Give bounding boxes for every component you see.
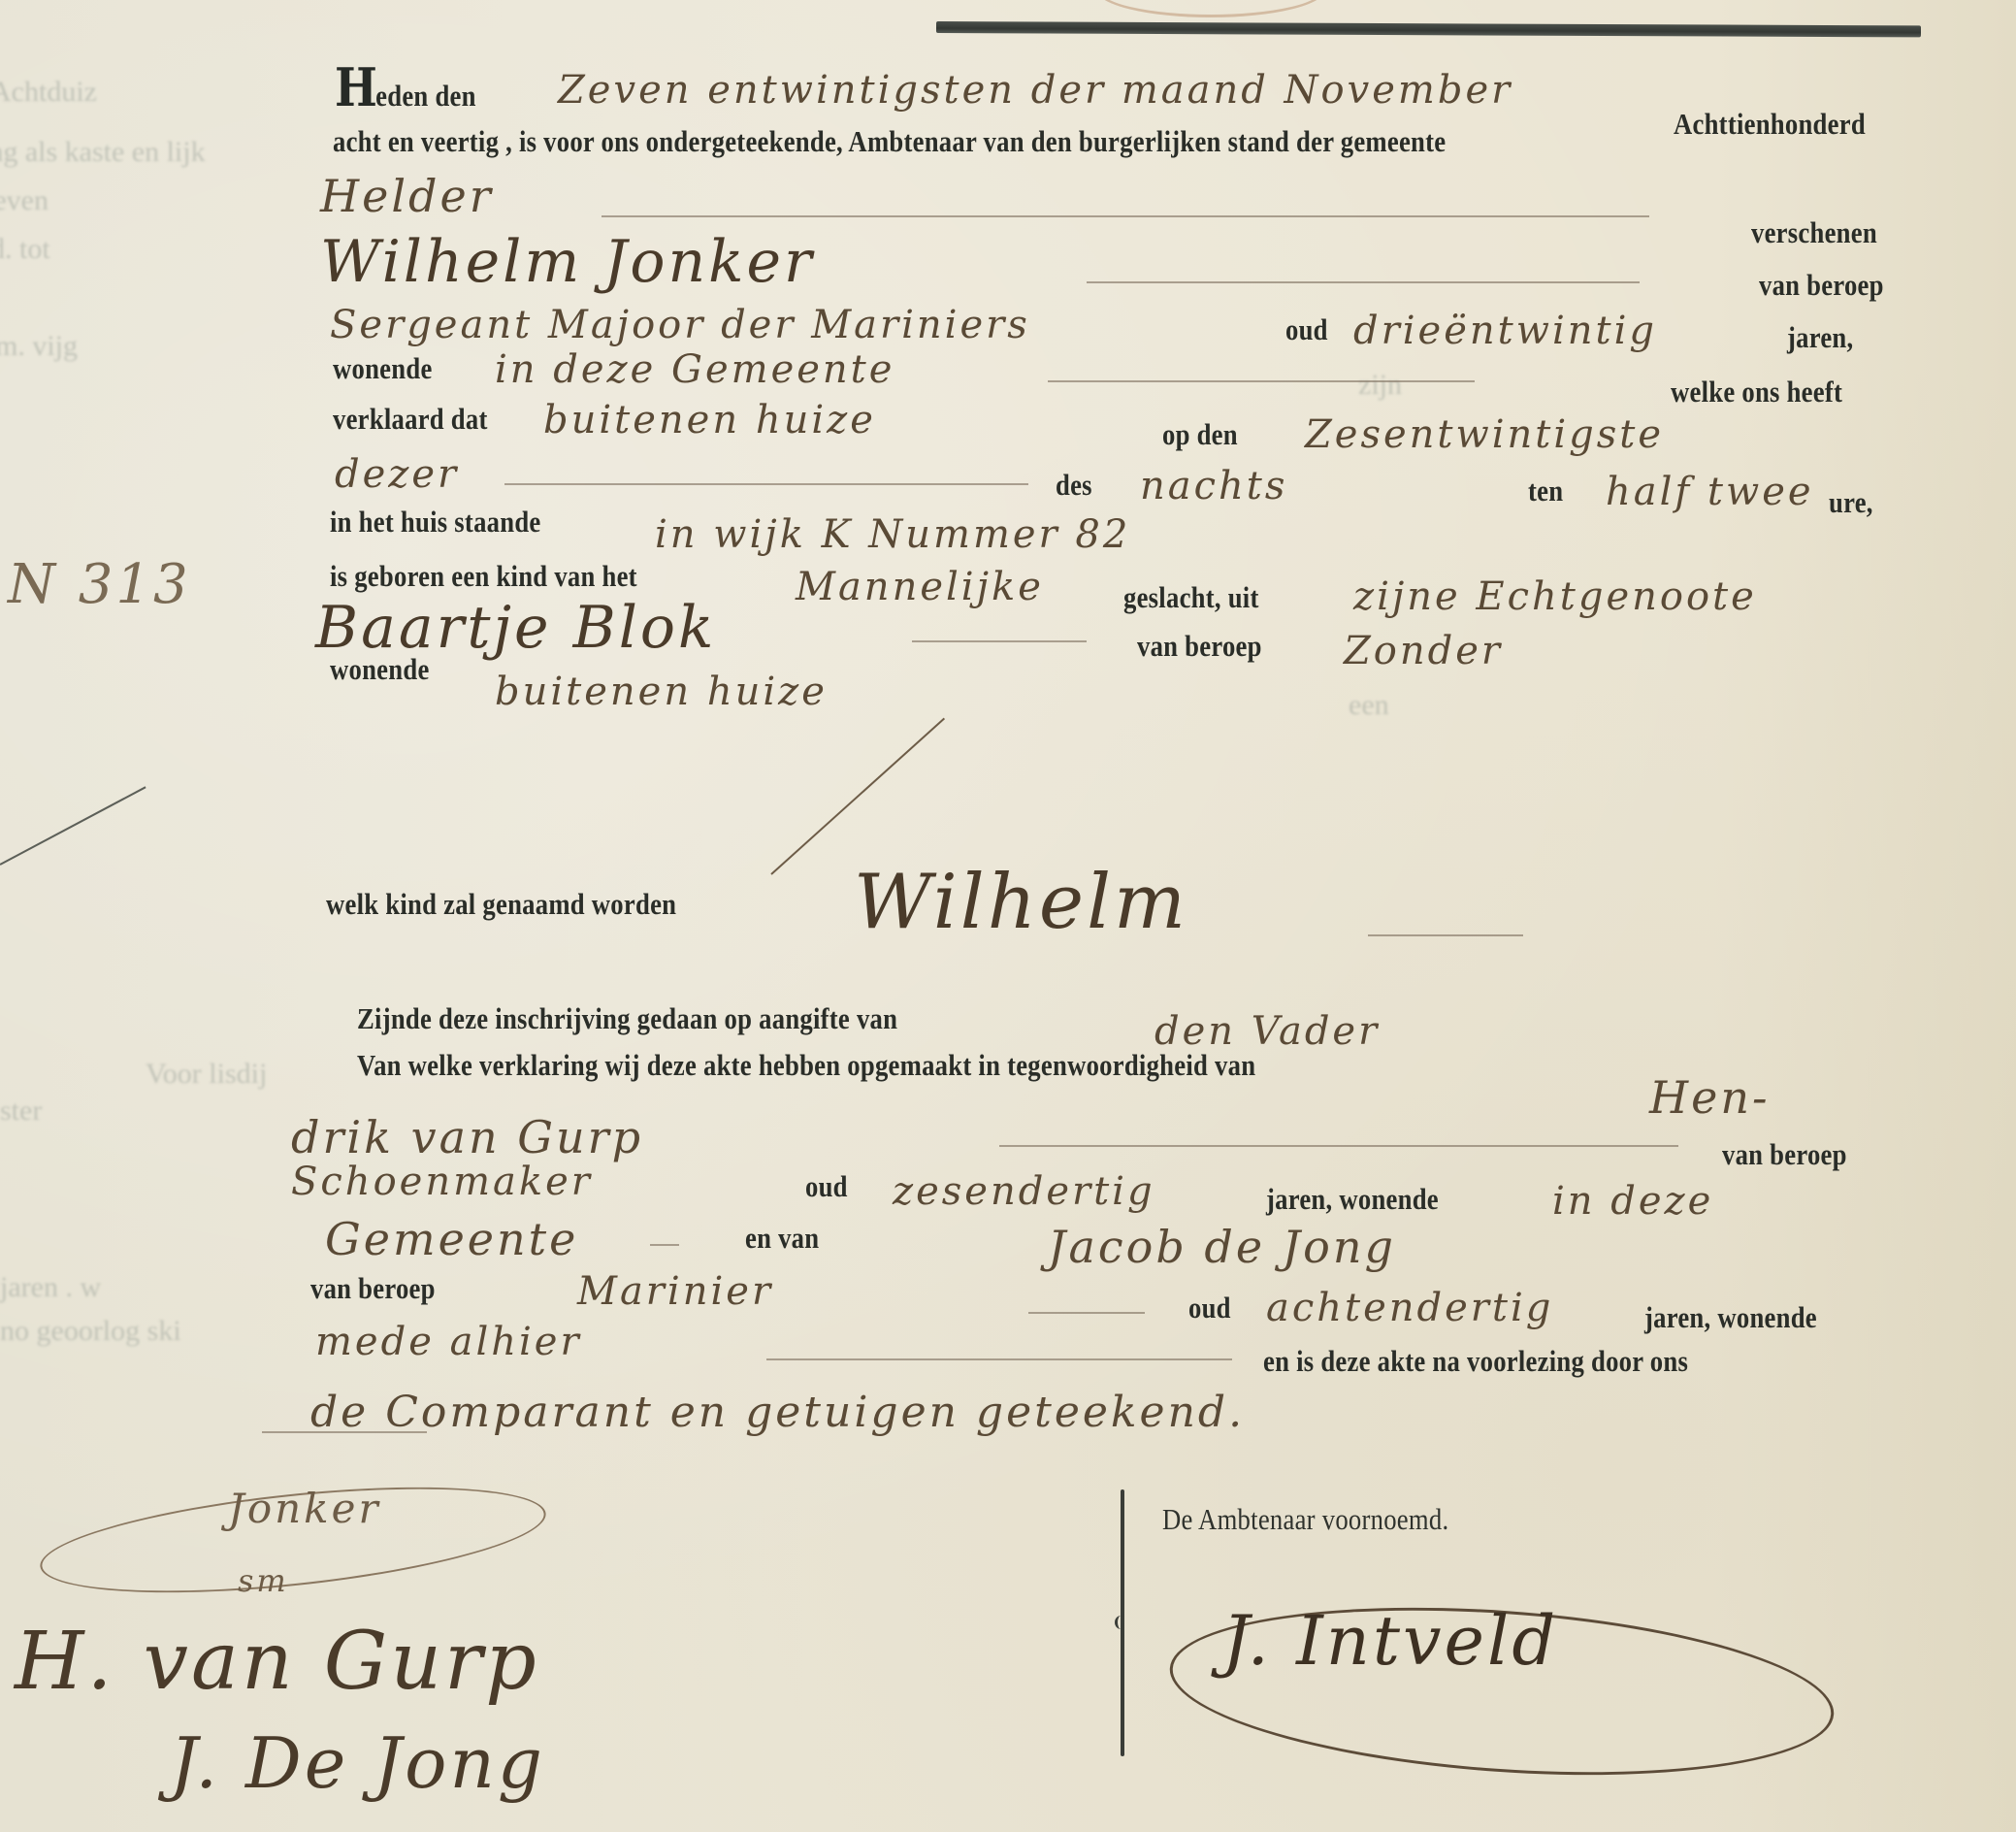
fill-line xyxy=(999,1145,1678,1147)
printed-jaren-wonende-w2: jaren, wonende xyxy=(1644,1300,1817,1335)
printed-welke-ons-heeft: welke ons heeft xyxy=(1671,375,1842,409)
handwritten-witness1-occupation: Schoenmaker xyxy=(291,1160,593,1204)
printed-heden-den: Heden den xyxy=(335,56,476,118)
handwritten-time-of-day: nachts xyxy=(1140,464,1287,508)
fill-line xyxy=(602,215,1649,217)
printed-van-beroep-w1: van beroep xyxy=(1722,1137,1847,1172)
printed-en-van: en van xyxy=(745,1221,819,1256)
printed-ure: ure, xyxy=(1829,485,1873,520)
handwritten-declarant-name: Wilhelm Jonker xyxy=(320,228,815,296)
bleed-through-text: een xyxy=(1349,689,1389,722)
printed-op-den: op den xyxy=(1162,417,1238,452)
printed-zijnde: Zijnde deze inschrijving gedaan op aangi… xyxy=(357,1001,897,1036)
printed-oud: oud xyxy=(1285,312,1328,347)
fill-line xyxy=(1048,380,1475,382)
printed-verschenen: verschenen xyxy=(1751,215,1877,250)
handwritten-witness1-residence-b: Gemeente xyxy=(325,1213,578,1265)
handwritten-child-name: Wilhelm xyxy=(854,859,1188,946)
printed-ambtenaar-voornoemd: De Ambtenaar voornoemd. xyxy=(1162,1502,1448,1537)
handwritten-witness1-name-b: drik van Gurp xyxy=(291,1111,643,1163)
fill-line xyxy=(766,1358,1232,1360)
fill-line xyxy=(1087,281,1640,283)
printed-wonende: wonende xyxy=(333,351,433,386)
fill-line xyxy=(1368,934,1523,936)
printed-en-is-deze-akte: en is deze akte na voorlezing door ons xyxy=(1263,1344,1688,1379)
signature-official: J. Intveld xyxy=(1222,1601,1558,1681)
handwritten-declarant-age: drieëntwintig xyxy=(1353,309,1657,353)
printed-jaren-wonende-w1: jaren, wonende xyxy=(1266,1182,1439,1217)
bleed-through-text: Achtduiz xyxy=(0,76,97,109)
printed-achttienhonderd: Achttienhonderd xyxy=(1674,107,1866,142)
printed-ten: ten xyxy=(1528,474,1563,508)
blank-fill-stroke xyxy=(770,718,945,875)
handwritten-birth-month: dezer xyxy=(335,452,459,497)
bleed-through-text: zijn xyxy=(1358,369,1402,402)
handwritten-declarant-occupation: Sergeant Majoor der Mariniers xyxy=(330,303,1030,347)
handwritten-witness2-occupation: Marinier xyxy=(577,1269,773,1314)
handwritten-birth-day: Zesentwintigste xyxy=(1305,412,1664,457)
fill-line xyxy=(650,1244,679,1246)
bleed-through-text: ster xyxy=(0,1095,42,1128)
handwritten-mother-residence: buitenen huize xyxy=(495,670,828,714)
fill-line xyxy=(1028,1312,1145,1314)
printed-is-geboren: is geboren een kind van het xyxy=(330,559,637,594)
fill-line xyxy=(262,1431,427,1433)
handwritten-hour: half twee xyxy=(1606,470,1814,514)
printed-van-welke: Van welke verklaring wij deze akte hebbe… xyxy=(357,1048,1255,1083)
printed-jaren: jaren, xyxy=(1787,320,1853,355)
bleed-through-text: gang als kaste en lijk xyxy=(0,136,206,169)
printed-van-beroep: van beroep xyxy=(1759,268,1884,303)
bleed-through-text: zeven xyxy=(0,184,49,217)
seal-arc xyxy=(1096,0,1325,17)
handwritten-mother-relation: zijne Echtgenoote xyxy=(1353,574,1757,619)
printed-des: des xyxy=(1056,468,1092,503)
handwritten-witness2-age: achtendertig xyxy=(1266,1286,1553,1330)
registration-number: N 313 xyxy=(8,553,191,616)
handwritten-mother-occupation: Zonder xyxy=(1344,629,1503,673)
handwritten-witness1-residence-a: in deze xyxy=(1552,1179,1713,1224)
printed-verklaard-dat: verklaard dat xyxy=(333,402,488,437)
printed-welk-kind: welk kind zal genaamd worden xyxy=(326,887,676,922)
handwritten-witness1-name-a: Hen- xyxy=(1649,1071,1771,1124)
bleed-through-text: no geoorlog ski xyxy=(0,1315,181,1348)
drop-cap: H xyxy=(335,56,375,118)
printed-van-beroep-mother: van beroep xyxy=(1137,629,1262,664)
printed-oud-w2: oud xyxy=(1188,1291,1231,1325)
document-page: Achtduiz gang als kaste en lijk zeven d.… xyxy=(0,0,2016,1832)
printed-oud-w1: oud xyxy=(805,1169,848,1204)
handwritten-declared-place: buitenen huize xyxy=(543,398,876,442)
margin-stroke xyxy=(0,786,146,866)
printed-line2: acht en veertig , is voor ons ondergetee… xyxy=(333,124,1446,159)
handwritten-witness2-residence: mede alhier xyxy=(315,1320,582,1364)
printed-wonende-mother: wonende xyxy=(330,652,430,687)
handwritten-house-location: in wijk K Nummer 82 xyxy=(655,512,1130,557)
fill-line xyxy=(504,483,1028,485)
signature-declarant: Jonker xyxy=(228,1485,381,1532)
top-rule xyxy=(936,21,1921,37)
printed-in-het-huis-staande: in het huis staande xyxy=(330,505,541,540)
handwritten-witness2-name: Jacob de Jong xyxy=(1048,1221,1396,1273)
signature-brace xyxy=(1121,1489,1124,1756)
fill-line xyxy=(912,640,1087,642)
signature-declarant-sub: sm xyxy=(238,1562,289,1599)
handwritten-witness1-age: zesendertig xyxy=(893,1169,1155,1214)
signature-witness2: J. De Jong xyxy=(170,1722,545,1804)
handwritten-declarant-residence: in deze Gemeente xyxy=(495,347,894,392)
bleed-through-text: sam. vijg xyxy=(0,330,78,363)
handwritten-municipality: Helder xyxy=(320,170,494,222)
handwritten-date: Zeven entwintigsten der maand November xyxy=(558,68,1512,113)
bleed-through-text: Voor lisdij xyxy=(146,1058,267,1091)
printed-van-beroep-w2: van beroep xyxy=(310,1271,436,1306)
handwritten-closing: de Comparant en getuigen geteekend. xyxy=(310,1388,1245,1437)
bleed-through-text: d. tot xyxy=(0,233,50,266)
printed-geslacht-uit: geslacht, uit xyxy=(1123,580,1259,615)
handwritten-sex: Mannelijke xyxy=(796,565,1044,609)
bleed-through-text: jaren . w xyxy=(0,1271,101,1304)
signature-witness1: H. van Gurp xyxy=(15,1616,539,1708)
